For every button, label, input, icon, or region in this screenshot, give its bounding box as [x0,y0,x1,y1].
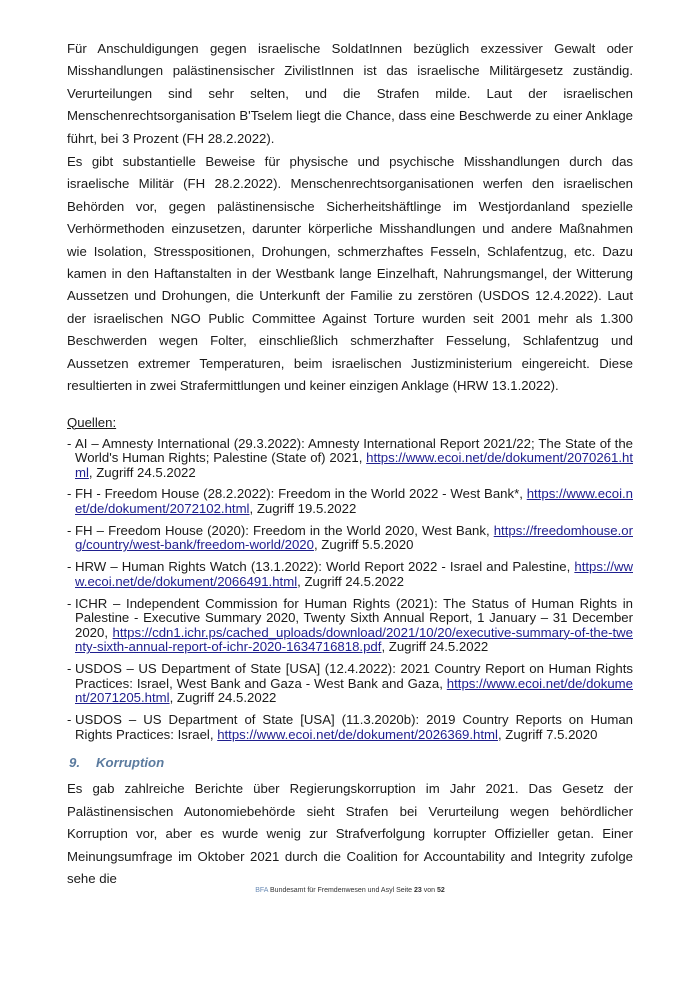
source-access-date: , Zugriff 24.5.2022 [89,465,196,480]
footer-org: Bundesamt für Fremdenwesen und Asyl Seit… [268,887,414,894]
sources-label: Quellen: [67,415,633,431]
source-access-date: , Zugriff 7.5.2020 [498,727,597,742]
source-access-date: , Zugriff 24.5.2022 [297,574,404,589]
source-access-date: , Zugriff 5.5.2020 [314,537,413,552]
body-paragraph: Es gab zahlreiche Berichte über Regierun… [67,778,633,890]
page-number-total: 52 [437,887,445,894]
bullet-dash: - [67,597,71,612]
source-item: - USDOS – US Department of State [USA] (… [67,662,633,706]
page-footer: BFA Bundesamt für Fremdenwesen und Asyl … [0,887,700,894]
bullet-dash: - [67,487,71,502]
bullet-dash: - [67,662,71,677]
source-text: HRW – Human Rights Watch (13.1.2022): Wo… [75,559,574,574]
sources-list: - AI – Amnesty International (29.3.2022)… [67,437,633,743]
section-number: 9. [69,754,96,772]
source-text: FH - Freedom House (28.2.2022): Freedom … [75,486,527,501]
source-item: - HRW – Human Rights Watch (13.1.2022): … [67,560,633,589]
section-title: Korruption [96,755,164,770]
section-heading: 9.Korruption [69,754,633,772]
source-item: - USDOS – US Department of State [USA] (… [67,713,633,742]
source-text: FH – Freedom House (2020): Freedom in th… [75,523,494,538]
source-item: - FH – Freedom House (2020): Freedom in … [67,524,633,553]
body-paragraph: Für Anschuldigungen gegen israelische So… [67,38,633,150]
source-access-date: , Zugriff 24.5.2022 [170,690,277,705]
source-access-date: , Zugriff 19.5.2022 [250,501,357,516]
document-page: Für Anschuldigungen gegen israelische So… [67,38,633,890]
source-link[interactable]: https://www.ecoi.net/de/dokument/2026369… [217,727,498,742]
source-item: - FH - Freedom House (28.2.2022): Freedo… [67,487,633,516]
page-number-current: 23 [414,887,422,894]
source-access-date: , Zugriff 24.5.2022 [381,639,488,654]
bullet-dash: - [67,437,71,452]
bullet-dash: - [67,524,71,539]
source-link[interactable]: https://cdn1.ichr.ps/cached_uploads/down… [75,625,633,655]
footer-page-sep: von [422,887,437,894]
footer-brand: BFA [255,887,268,894]
bullet-dash: - [67,713,71,728]
source-item: - ICHR – Independent Commission for Huma… [67,597,633,655]
source-item: - AI – Amnesty International (29.3.2022)… [67,437,633,481]
bullet-dash: - [67,560,71,575]
body-paragraph: Es gibt substantielle Beweise für physis… [67,151,633,397]
